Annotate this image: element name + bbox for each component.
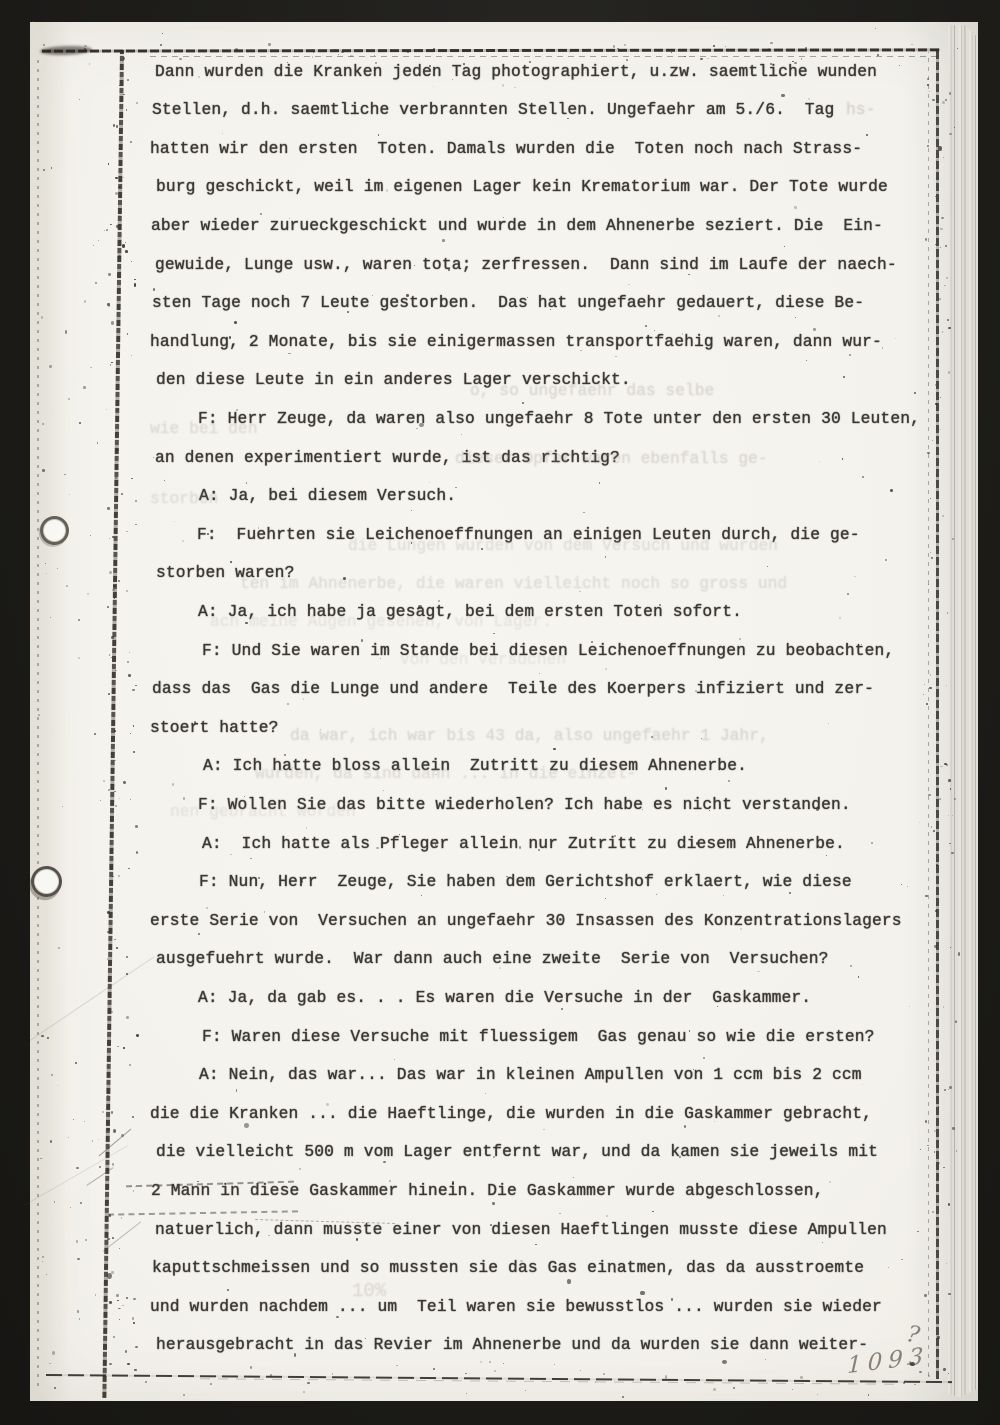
bleedthrough-line: dieser Opfer waren ebenfalls ge- [455,449,768,468]
bleedthrough-line: storben [150,489,218,508]
handwritten-pagination: ? 1093 [845,1326,955,1386]
handwritten-page-number: 1093 [847,1343,930,1379]
bleedthrough-text-layer: hs-o, so ungefaehr das selbewie bei dend… [0,0,1000,1425]
bleedthrough-line: von den Versuchen [400,650,566,669]
bleedthrough-line: wurden, da sind dann ... in die einzel- [255,764,636,783]
bleedthrough-line: hs- [846,100,875,119]
bleedthrough-line: wie bei den [150,419,257,438]
bleedthrough-line: die Lungen wurden von dem Versuch und wu… [348,536,778,555]
bleedthrough-line: o, so ungefaehr das selbe [470,381,714,400]
bleedthrough-line: ach meine Augen gesehen, von Lager. [210,612,552,631]
bleedthrough-line: ten im Ahnenerbe, die waren vielleicht n… [240,574,787,593]
bleedthrough-line: nen gebracht worden [170,802,356,821]
bleedthrough-line: da war, ich war bis 43 da, also ungefaeh… [290,726,769,745]
photograph-background: Dann wurden die Kranken jeden Tag photog… [0,0,1000,1425]
bleedthrough-line: 10% [352,1280,386,1302]
